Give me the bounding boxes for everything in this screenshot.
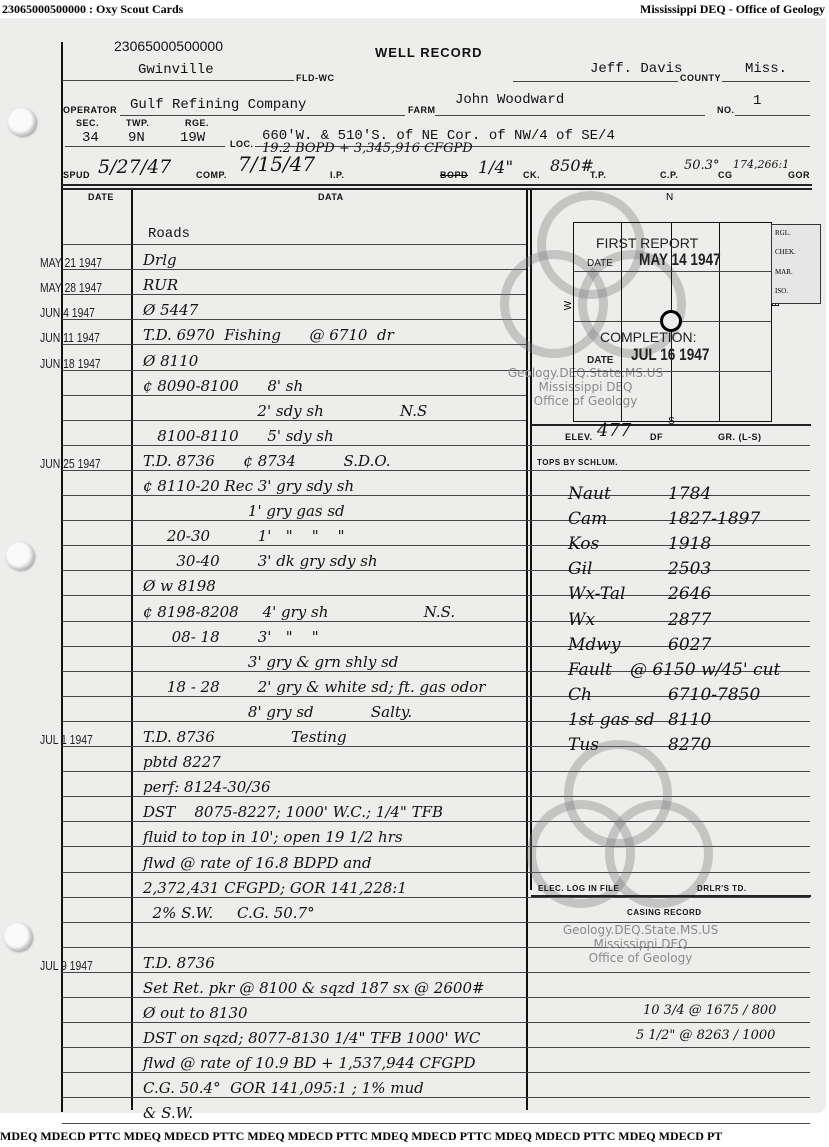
- log-entry-text: DST on sqzd; 8077-8130 1/4" TFB 1000' WC: [143, 1029, 480, 1047]
- log-entry-text: 20-30 1' " " ": [143, 527, 345, 545]
- check-iso: ISO.: [775, 287, 788, 295]
- date-column-header: DATE: [88, 192, 114, 202]
- ruled-line: [62, 269, 526, 270]
- log-entry-text: flwd @ rate of 10.9 BD + 1,537,944 CFGPD: [143, 1054, 476, 1072]
- well-no-label: NO.: [717, 105, 735, 115]
- log-date: JUL 1 1947: [40, 732, 93, 747]
- formation-name: Gil: [568, 559, 592, 579]
- log-entry-text: DST 8075-8227; 1000' W.C.; 1/4" TFB: [143, 803, 443, 821]
- comp-label: COMP.: [196, 170, 227, 180]
- ip-label: I.P.: [330, 170, 344, 180]
- spud-value: 5/27/47: [98, 156, 171, 178]
- ruled-line: [62, 997, 810, 998]
- grid-line: [574, 271, 771, 272]
- log-entry-text: Set Ret. pkr @ 8100 & sqzd 187 sx @ 2600…: [143, 979, 485, 997]
- well-no-value: 1: [753, 93, 761, 109]
- operator-label: OPERATOR: [63, 105, 117, 115]
- punch-hole: [4, 923, 32, 951]
- log-entry-text: Ø w 8198: [143, 577, 216, 595]
- log-entry-text: 8100-8110 5' sdy sh: [143, 427, 334, 445]
- log-entry-text: T.D. 6970 Fishing @ 6710 dr: [143, 326, 394, 344]
- ruled-line: [62, 1047, 810, 1048]
- tp-value: 850#: [550, 156, 594, 175]
- formation-depth: 6710-7850: [668, 685, 760, 705]
- watermark-line: Geology.DEQ.State.MS.US: [553, 923, 728, 937]
- log-entry-text: 2' sdy sh N.S: [143, 402, 427, 420]
- operator-value: Gulf Refining Company: [130, 97, 306, 113]
- log-entry-text: T.D. 8736 ¢ 8734 S.D.O.: [143, 452, 391, 470]
- formation-name: Cam: [568, 509, 607, 529]
- log-entry-text: 2% S.W. C.G. 50.7°: [143, 904, 315, 922]
- ruled-line: [62, 1072, 810, 1073]
- drlr-td-label: DRLR'S TD.: [697, 884, 747, 893]
- log-date: MAY 21 1947: [40, 255, 102, 270]
- rule: [120, 115, 405, 116]
- data-column-header: DATA: [318, 192, 344, 202]
- log-entry-text: RUR: [143, 276, 178, 294]
- log-entry-text: T.D. 8736: [143, 954, 215, 972]
- grid-line: [621, 223, 622, 421]
- ruled-line: [62, 897, 810, 898]
- rule: [62, 80, 294, 81]
- field-value: Gwinville: [138, 62, 214, 78]
- margin-line: [61, 42, 63, 1112]
- log-entry-text: 30-40 3' dk gry sdy sh: [143, 552, 378, 570]
- completion-label: COMPLETION:: [600, 329, 696, 345]
- log-entry-text: flwd @ rate of 16.8 BDPD and: [143, 854, 371, 872]
- log-entry-text: T.D. 8736 Testing: [143, 728, 347, 746]
- gr-label: GR. (L-S): [718, 432, 762, 442]
- log-entry-text: ¢ 8198-8208 4' gry sh N.S.: [143, 603, 455, 621]
- casing-item: 5 1/2" @ 8263 / 1000: [636, 1028, 775, 1043]
- comp-value: 7/15/47: [238, 152, 315, 176]
- log-entry-text: pbtd 8227: [143, 753, 221, 771]
- farm-value: John Woodward: [455, 92, 564, 108]
- tops-label: TOPS BY SCHLUM.: [537, 458, 618, 467]
- check-rgl: RGL.: [775, 229, 791, 237]
- bopd-label: BOPD: [440, 170, 468, 180]
- formation-name: Kos: [568, 534, 599, 554]
- df-label: DF: [650, 432, 663, 442]
- loc-label: LOC.: [230, 139, 254, 149]
- formation-name: Wx: [568, 610, 595, 630]
- sec-label: SEC.: [76, 118, 99, 128]
- rge-label: RGE.: [185, 118, 209, 128]
- ruled-line: [62, 244, 526, 245]
- formation-depth: 1827-1897: [668, 509, 760, 529]
- formation-depth: 1784: [668, 484, 711, 504]
- ruled-line: [62, 1123, 810, 1124]
- log-entry-text: ¢ 8090-8100 8' sh: [143, 377, 303, 395]
- watermark-line: Office of Geology: [553, 951, 728, 965]
- formation-name: Ch: [568, 685, 592, 705]
- log-entry-text: 18 - 28 2' gry & white sd; ft. gas odor: [143, 678, 485, 696]
- formation-depth: 8270: [668, 735, 711, 755]
- formation-name: Tus: [568, 735, 599, 755]
- first-report-date-label: DATE: [587, 258, 613, 269]
- state-value: Miss.: [745, 61, 787, 77]
- log-entry-text: 1' gry gas sd: [143, 502, 345, 520]
- field-label: FLD-WC: [296, 73, 335, 83]
- formation-name: Wx-Tal: [568, 584, 626, 604]
- log-date: JUN 4 1947: [40, 305, 95, 320]
- ruled-line: [62, 1022, 810, 1023]
- formation-depth: 1918: [668, 534, 711, 554]
- formation-name: Naut: [568, 484, 611, 504]
- ruled-line: [62, 344, 526, 345]
- farm-label: FARM: [408, 105, 436, 115]
- punch-hole: [8, 108, 36, 136]
- county-value: Jeff. Davis: [590, 61, 682, 77]
- ruled-line: [62, 445, 810, 446]
- footer-watermark: MDEQ MDECD PTTC MDEQ MDECD PTTC MDEQ MDE…: [0, 1129, 829, 1147]
- rule: [435, 115, 705, 116]
- formation-depth: 2503: [668, 559, 711, 579]
- casing-item: 10 3/4 @ 1675 / 800: [643, 1003, 776, 1018]
- log-entry-text: & S.W.: [143, 1104, 193, 1122]
- gor-value: 174,266:1: [733, 158, 789, 171]
- spud-label: SPUD: [63, 170, 90, 180]
- formation-name: 1st gas sd: [568, 710, 655, 730]
- cp-label: C.P.: [660, 170, 678, 180]
- rule: [735, 115, 810, 116]
- choke-value: 1/4": [478, 158, 513, 178]
- elev-value: 477: [597, 420, 631, 441]
- check-chek: CHEK.: [775, 248, 796, 256]
- sec-value: 34: [82, 130, 99, 146]
- casing-record-label: CASING RECORD: [627, 908, 702, 917]
- west-label: W: [563, 301, 574, 310]
- rule: [62, 188, 812, 190]
- twp-label: TWP.: [126, 118, 149, 128]
- api-number: 23065000500000: [114, 38, 223, 54]
- rule: [722, 81, 810, 82]
- rule: [62, 184, 812, 186]
- log-date: MAY 28 1947: [40, 280, 102, 295]
- formation-depth: 8110: [668, 710, 711, 730]
- log-entry-text: 08- 18 3' " ": [143, 628, 319, 646]
- ruled-line: [62, 319, 526, 320]
- rge-value: 19W: [180, 130, 205, 146]
- rule: [531, 895, 811, 897]
- scanned-well-record-card: 23065000500000 WELL RECORD Gwinville FLD…: [0, 18, 826, 1113]
- log-date: JUN 25 1947: [40, 456, 101, 471]
- log-entry-text: 3' gry & grn shly sd: [143, 653, 398, 671]
- log-entry-text: 2,372,431 CFGPD; GOR 141,228:1: [143, 879, 407, 897]
- formation-name: Mdwy: [568, 635, 620, 655]
- rule: [65, 146, 225, 147]
- log-date: JUN 11 1947: [40, 330, 100, 345]
- first-report-label: FIRST REPORT: [596, 235, 698, 251]
- ruled-line: [62, 972, 810, 973]
- punch-hole: [6, 542, 34, 570]
- log-entry-text: Drlg: [143, 251, 177, 269]
- log-entry-text: Roads: [148, 226, 190, 242]
- formation-depth: 6027: [668, 635, 711, 655]
- tp-label: T.P.: [590, 170, 606, 180]
- ruled-line: [62, 395, 526, 396]
- location-plat-map: FIRST REPORT DATE MAY 14 1947 COMPLETION…: [573, 222, 772, 422]
- ck-label: CK.: [523, 170, 540, 180]
- ruled-line: [62, 370, 526, 371]
- formation-depth: 2646: [668, 584, 711, 604]
- log-date: JUL 9 1947: [40, 958, 93, 973]
- ruled-line: [62, 420, 526, 421]
- rule: [531, 424, 811, 426]
- log-entry-text: perf: 8124-30/36: [143, 778, 271, 796]
- ruled-line: [62, 771, 810, 772]
- completion-date-label: DATE: [587, 355, 613, 366]
- grid-line: [574, 371, 771, 372]
- log-entry-text: Ø out to 8130: [143, 1004, 248, 1022]
- gor-label: GOR: [788, 170, 810, 180]
- log-entry-text: ¢ 8110-20 Rec 3' gry sdy sh: [143, 477, 354, 495]
- viewer-header: 23065000500000 : Oxy Scout Cards Mississ…: [0, 0, 829, 18]
- ruled-line: [62, 1097, 810, 1098]
- elec-log-label: ELEC. LOG IN FILE: [538, 884, 619, 893]
- ruled-line: [62, 294, 526, 295]
- agency-title: Mississippi DEQ - Office of Geology: [640, 2, 825, 17]
- check-mar: MAR.: [775, 268, 793, 276]
- log-entry-text: C.G. 50.4° GOR 141,095:1 ; 1% mud: [143, 1079, 424, 1097]
- log-entry-text: 8' gry sd Salty.: [143, 703, 412, 721]
- cg-label: CG: [718, 170, 733, 180]
- rule: [513, 81, 678, 82]
- formation-depth: @ 6150 w/45' cut: [630, 660, 780, 680]
- north-label: N: [666, 192, 673, 203]
- log-entry-text: fluid to top in 10'; open 19 1/2 hrs: [143, 828, 403, 846]
- review-check-box: RGL. CHEK. MAR. ISO.: [771, 224, 821, 304]
- form-title: WELL RECORD: [375, 45, 483, 60]
- ruled-line: [62, 796, 810, 797]
- watermark-line: Mississippi DEQ: [553, 937, 728, 951]
- formation-depth: 2877: [668, 610, 711, 630]
- formation-name: Fault: [568, 660, 612, 680]
- document-id-title: 23065000500000 : Oxy Scout Cards: [2, 2, 183, 17]
- elev-label: ELEV.: [565, 432, 593, 442]
- first-report-date: MAY 14 1947: [639, 250, 721, 270]
- completion-date: JUL 16 1947: [631, 345, 709, 365]
- twp-value: 9N: [128, 130, 145, 146]
- log-entry-text: Ø 5447: [143, 301, 198, 319]
- ruled-line: [62, 470, 810, 471]
- county-label: COUNTY: [680, 73, 721, 83]
- log-entry-text: Ø 8110: [143, 352, 198, 370]
- log-date: JUN 18 1947: [40, 356, 101, 371]
- gravity-value: 50.3°: [684, 158, 719, 173]
- watermark-text: Geology.DEQ.State.MS.US Mississippi DEQ …: [553, 923, 728, 965]
